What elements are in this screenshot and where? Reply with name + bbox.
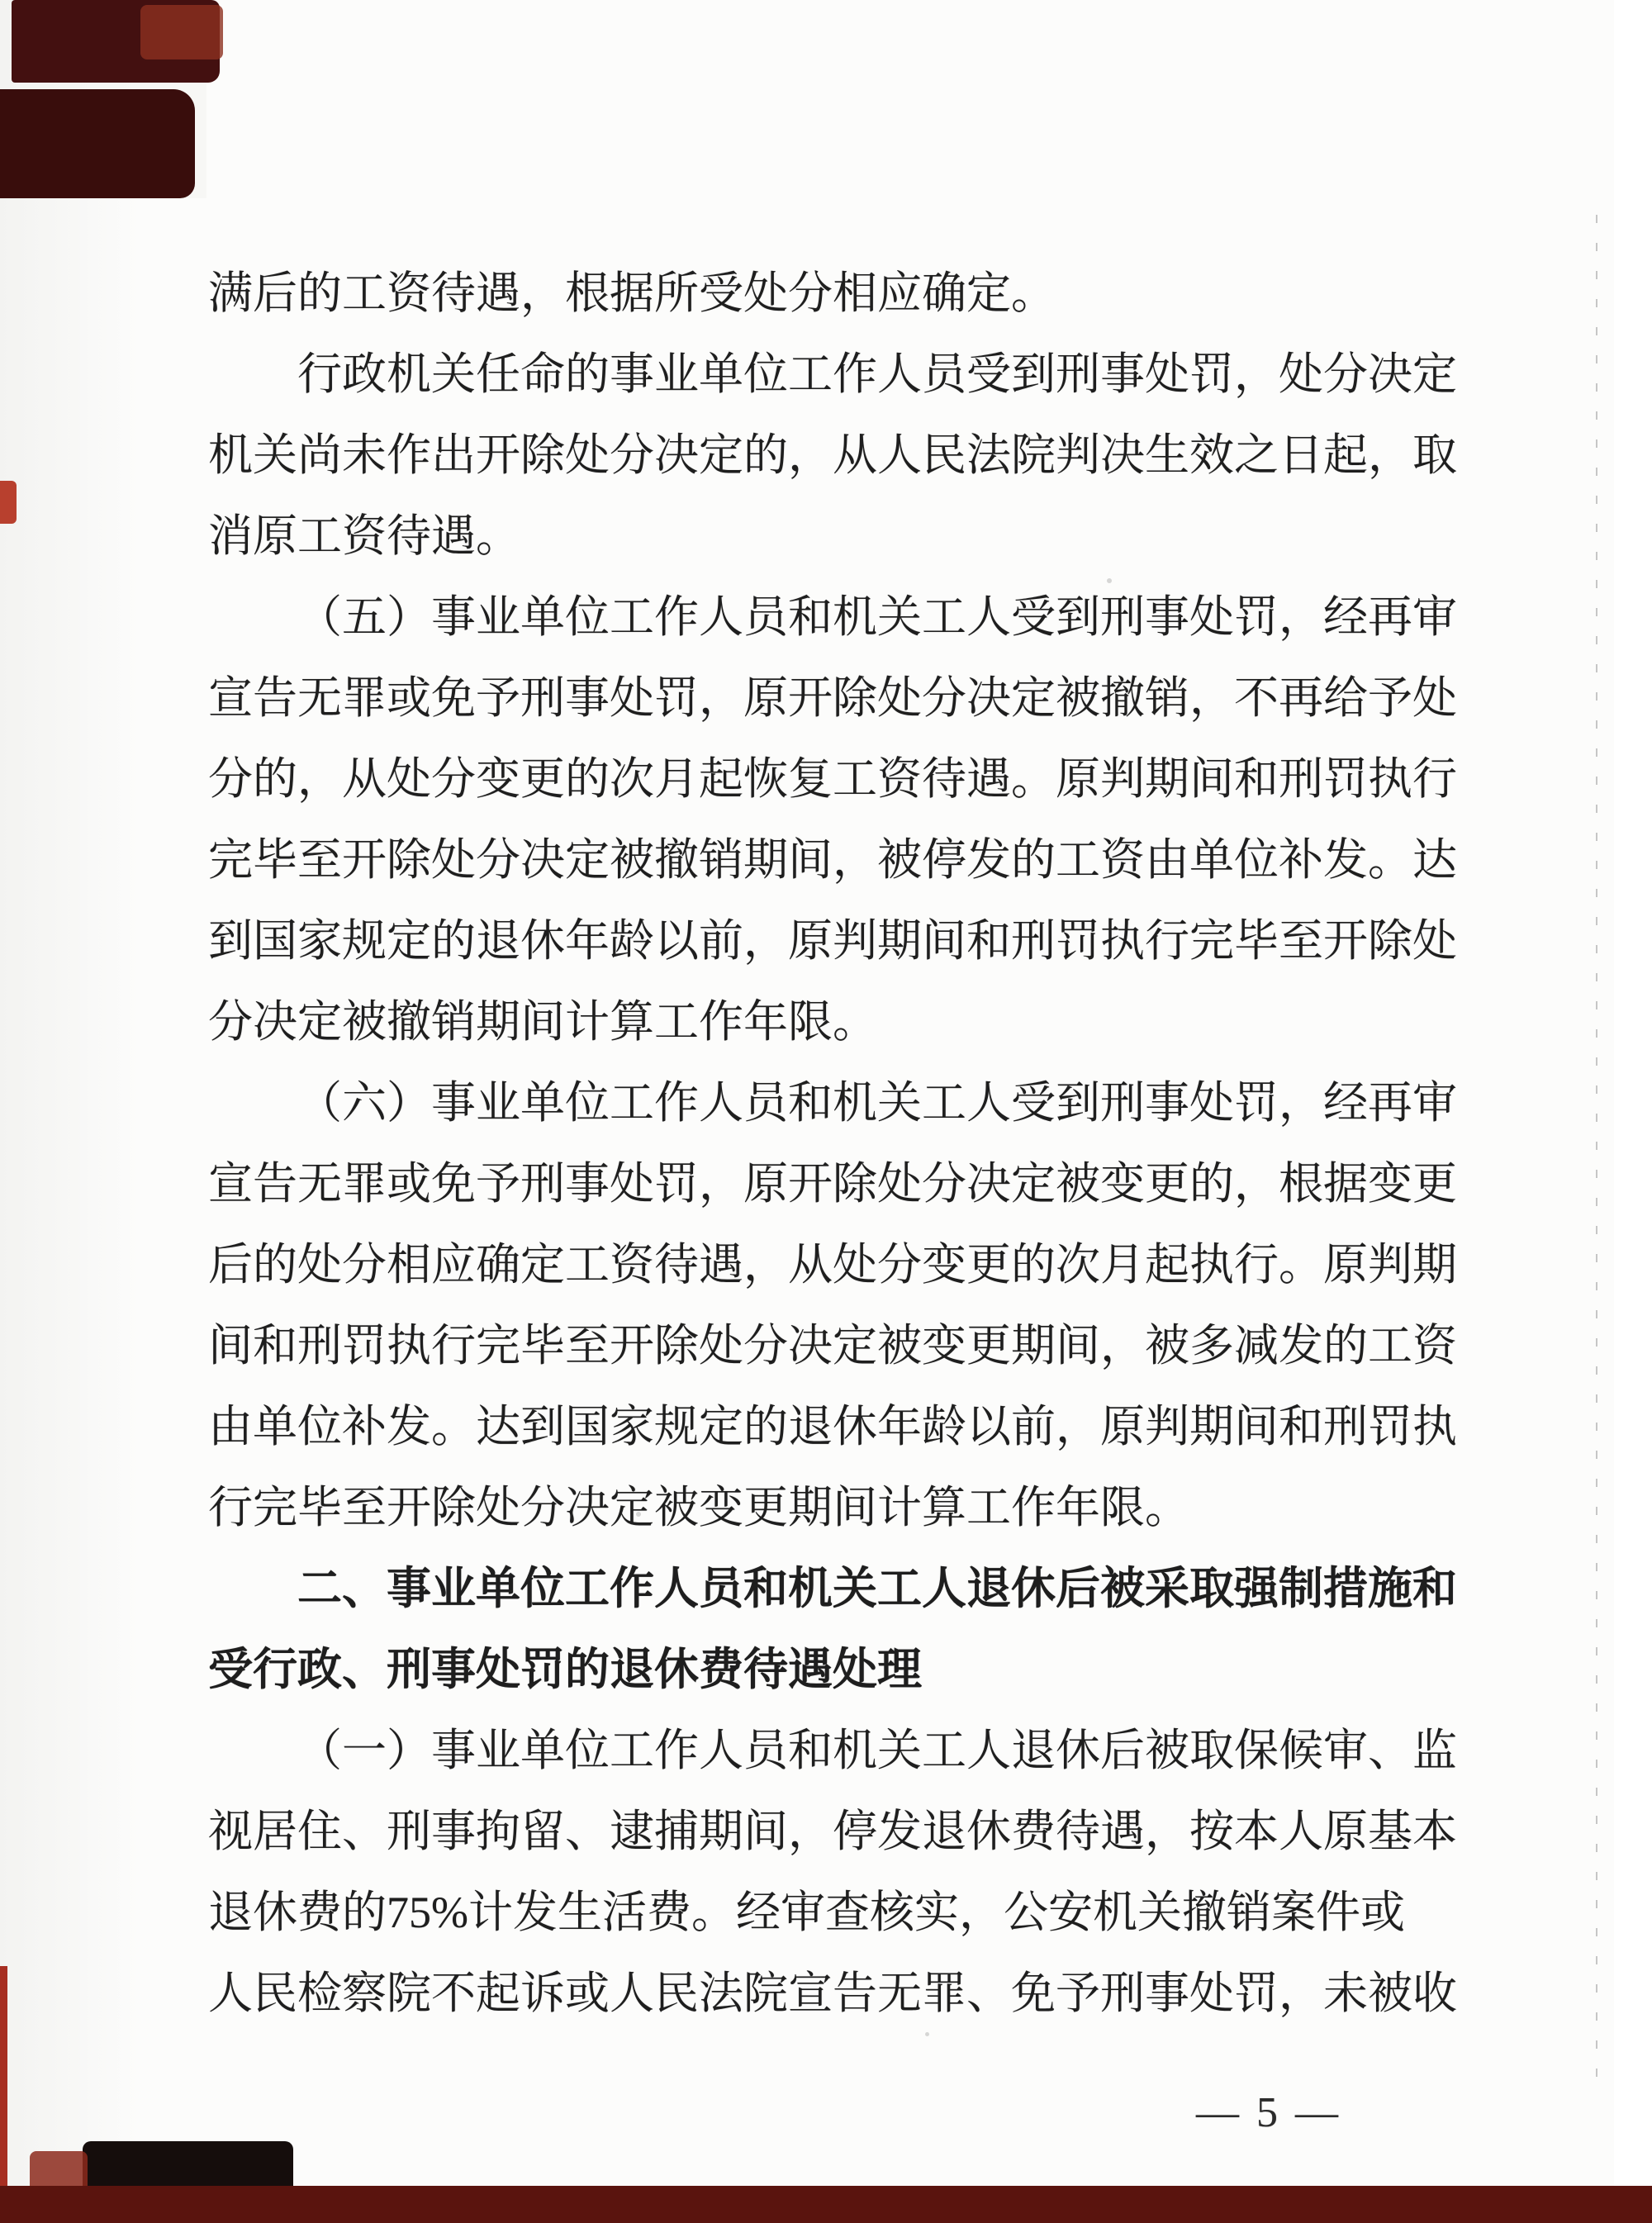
text-line: 分决定被撤销期间计算工作年限。	[208, 981, 1460, 1062]
right-margin-dashed-line	[1596, 215, 1597, 2090]
text-line: 人民检察院不起诉或人民法院宣告无罪、免予刑事处罚，未被收	[208, 1953, 1460, 2034]
text-line: 宣告无罪或免予刑事处罚，原开除处分决定被撤销，不再给予处	[208, 658, 1460, 739]
text-line: 宣告无罪或免予刑事处罚，原开除处分决定被变更的，根据变更	[208, 1143, 1460, 1224]
text-line: （六）事业单位工作人员和机关工人受到刑事处罚，经再审	[208, 1062, 1460, 1143]
text-line: （五）事业单位工作人员和机关工人受到刑事处罚，经再审	[208, 577, 1460, 658]
text-line: 机关尚未作出开除处分决定的，从人民法院判决生效之日起，取	[208, 415, 1460, 496]
text-line: 分的，从处分变更的次月起恢复工资待遇。原判期间和刑罚执行	[208, 739, 1460, 819]
text-line: 完毕至开除处分决定被撤销期间，被停发的工资由单位补发。达	[208, 819, 1460, 900]
text-line: （一）事业单位工作人员和机关工人退休后被取保候审、监	[208, 1710, 1460, 1791]
text-line: 后的处分相应确定工资待遇，从处分变更的次月起执行。原判期	[208, 1224, 1460, 1305]
text-line: 退休费的75%计发生活费。经审查核实，公安机关撤销案件或	[208, 1872, 1460, 1953]
text-line: 由单位补发。达到国家规定的退休年龄以前，原判期间和刑罚执	[208, 1386, 1460, 1467]
text-line: 受行政、刑事处罚的退休费待遇处理	[208, 1629, 1460, 1710]
scan-stain-left-edge	[0, 481, 17, 524]
document-text: 满后的工资待遇，根据所受处分相应确定。行政机关任命的事业单位工作人员受到刑事处罚…	[208, 253, 1460, 2034]
page-number: — 5 —	[1196, 2088, 1341, 2137]
scan-stain-top-left-lower	[0, 89, 195, 198]
text-line: 到国家规定的退休年龄以前，原判期间和刑罚执行完毕至开除处	[208, 900, 1460, 981]
scan-stain-bottom-strip	[0, 2186, 1652, 2223]
text-line: 视居住、刑事拘留、逮捕期间，停发退休费待遇，按本人原基本	[208, 1791, 1460, 1872]
text-line: 间和刑罚执行完毕至开除处分决定被变更期间，被多减发的工资	[208, 1305, 1460, 1386]
scan-stain-top-left-red	[140, 5, 223, 59]
text-line: 行完毕至开除处分决定被变更期间计算工作年限。	[208, 1467, 1460, 1548]
scan-right-gutter	[1614, 0, 1652, 2223]
scan-red-line-left-bottom	[0, 1966, 7, 2223]
text-line: 行政机关任命的事业单位工作人员受到刑事处罚，处分决定	[208, 334, 1460, 415]
text-line: 消原工资待遇。	[208, 496, 1460, 577]
scan-left-shade	[0, 0, 140, 2223]
scanned-page: 满后的工资待遇，根据所受处分相应确定。行政机关任命的事业单位工作人员受到刑事处罚…	[0, 0, 1652, 2223]
text-line: 满后的工资待遇，根据所受处分相应确定。	[208, 253, 1460, 334]
text-line: 二、事业单位工作人员和机关工人退休后被采取强制措施和	[208, 1548, 1460, 1629]
